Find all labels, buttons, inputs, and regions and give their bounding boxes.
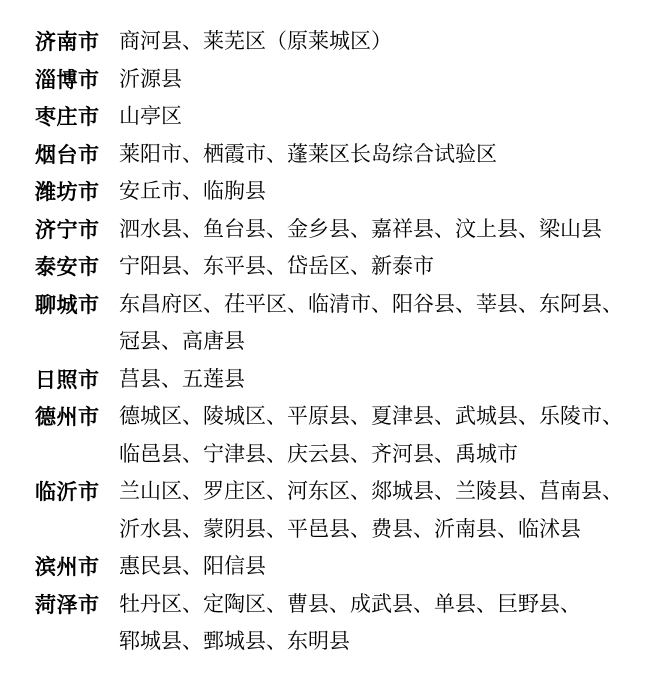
city-name: 聊城市 bbox=[35, 286, 119, 324]
county-line: 山亭区 bbox=[119, 98, 631, 136]
county-lines: 东昌府区、茌平区、临清市、阳谷县、莘县、东阿县、冠县、高唐县 bbox=[119, 286, 631, 361]
county-lines: 莱阳市、栖霞市、蓬莱区长岛综合试验区 bbox=[119, 136, 631, 174]
county-line: 郓城县、鄄城县、东明县 bbox=[119, 623, 631, 661]
city-name: 济宁市 bbox=[35, 211, 119, 249]
county-lines: 德城区、陵城区、平原县、夏津县、武城县、乐陵市、临邑县、宁津县、庆云县、齐河县、… bbox=[119, 398, 631, 473]
city-name: 济南市 bbox=[35, 23, 119, 61]
county-lines: 安丘市、临朐县 bbox=[119, 173, 631, 211]
county-lines: 莒县、五莲县 bbox=[119, 361, 631, 399]
county-lines: 宁阳县、东平县、岱岳区、新泰市 bbox=[119, 248, 631, 286]
county-line: 东昌府区、茌平区、临清市、阳谷县、莘县、东阿县、 bbox=[119, 286, 631, 324]
city-name: 德州市 bbox=[35, 398, 119, 436]
county-line: 临邑县、宁津县、庆云县、齐河县、禹城市 bbox=[119, 436, 631, 474]
county-lines: 山亭区 bbox=[119, 98, 631, 136]
county-line: 牡丹区、定陶区、曹县、成武县、单县、巨野县、 bbox=[119, 586, 631, 624]
county-line: 安丘市、临朐县 bbox=[119, 173, 631, 211]
county-line: 兰山区、罗庄区、河东区、郯城县、兰陵县、莒南县、 bbox=[119, 473, 631, 511]
region-row: 临沂市 兰山区、罗庄区、河东区、郯城县、兰陵县、莒南县、沂水县、蒙阴县、平邑县、… bbox=[35, 473, 631, 548]
city-name: 泰安市 bbox=[35, 248, 119, 286]
region-row: 济南市 商河县、莱芜区（原莱城区） bbox=[35, 23, 631, 61]
city-name: 菏泽市 bbox=[35, 586, 119, 624]
county-line: 冠县、高唐县 bbox=[119, 323, 631, 361]
county-line: 德城区、陵城区、平原县、夏津县、武城县、乐陵市、 bbox=[119, 398, 631, 436]
region-row: 淄博市 沂源县 bbox=[35, 61, 631, 99]
city-name: 烟台市 bbox=[35, 136, 119, 174]
city-name: 滨州市 bbox=[35, 548, 119, 586]
region-row: 聊城市 东昌府区、茌平区、临清市、阳谷县、莘县、东阿县、冠县、高唐县 bbox=[35, 286, 631, 361]
county-line: 沂水县、蒙阴县、平邑县、费县、沂南县、临沭县 bbox=[119, 511, 631, 549]
county-line: 宁阳县、东平县、岱岳区、新泰市 bbox=[119, 248, 631, 286]
county-line: 沂源县 bbox=[119, 61, 631, 99]
region-row: 德州市 德城区、陵城区、平原县、夏津县、武城县、乐陵市、临邑县、宁津县、庆云县、… bbox=[35, 398, 631, 473]
county-line: 泗水县、鱼台县、金乡县、嘉祥县、汶上县、梁山县 bbox=[119, 211, 631, 249]
region-row: 泰安市 宁阳县、东平县、岱岳区、新泰市 bbox=[35, 248, 631, 286]
county-line: 莱阳市、栖霞市、蓬莱区长岛综合试验区 bbox=[119, 136, 631, 174]
county-lines: 商河县、莱芜区（原莱城区） bbox=[119, 23, 631, 61]
region-row: 滨州市 惠民县、阳信县 bbox=[35, 548, 631, 586]
region-row: 济宁市 泗水县、鱼台县、金乡县、嘉祥县、汶上县、梁山县 bbox=[35, 211, 631, 249]
region-row: 菏泽市 牡丹区、定陶区、曹县、成武县、单县、巨野县、郓城县、鄄城县、东明县 bbox=[35, 586, 631, 661]
city-name: 枣庄市 bbox=[35, 98, 119, 136]
county-lines: 惠民县、阳信县 bbox=[119, 548, 631, 586]
region-row: 枣庄市 山亭区 bbox=[35, 98, 631, 136]
county-line: 莒县、五莲县 bbox=[119, 361, 631, 399]
city-name: 潍坊市 bbox=[35, 173, 119, 211]
county-lines: 沂源县 bbox=[119, 61, 631, 99]
region-row: 日照市 莒县、五莲县 bbox=[35, 361, 631, 399]
county-lines: 牡丹区、定陶区、曹县、成武县、单县、巨野县、郓城县、鄄城县、东明县 bbox=[119, 586, 631, 661]
city-name: 淄博市 bbox=[35, 61, 119, 99]
region-row: 烟台市 莱阳市、栖霞市、蓬莱区长岛综合试验区 bbox=[35, 136, 631, 174]
county-line: 商河县、莱芜区（原莱城区） bbox=[119, 23, 631, 61]
region-list-document: 济南市 商河县、莱芜区（原莱城区） 淄博市 沂源县 枣庄市 山亭区 烟台市 莱阳… bbox=[0, 0, 649, 661]
city-name: 日照市 bbox=[35, 361, 119, 399]
region-row: 潍坊市 安丘市、临朐县 bbox=[35, 173, 631, 211]
city-name: 临沂市 bbox=[35, 473, 119, 511]
county-lines: 泗水县、鱼台县、金乡县、嘉祥县、汶上县、梁山县 bbox=[119, 211, 631, 249]
county-line: 惠民县、阳信县 bbox=[119, 548, 631, 586]
county-lines: 兰山区、罗庄区、河东区、郯城县、兰陵县、莒南县、沂水县、蒙阴县、平邑县、费县、沂… bbox=[119, 473, 631, 548]
